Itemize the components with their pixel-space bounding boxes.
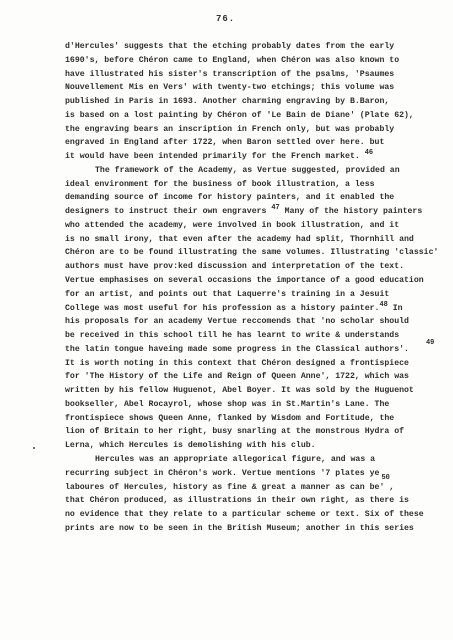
- text-line: lion of Britain to her right, busy snarl…: [65, 425, 445, 439]
- text-segment: Many of the history painters: [280, 207, 423, 216]
- text-line: no evidence that they relate to a partic…: [65, 508, 445, 522]
- text-segment: designers to instruct their own engraver…: [65, 207, 271, 216]
- text-segment: bookseller, Abel Rocayrol, whose shop wa…: [65, 400, 389, 409]
- text-segment: the engraving bears an inscription in Fr…: [65, 125, 394, 134]
- text-line: The framework of the Academy, as Vertue …: [65, 164, 445, 178]
- text-line: Chéron are to be found illustrating the …: [65, 246, 445, 260]
- text-line: for 'The History of the Life and Reign o…: [65, 370, 445, 384]
- text-line: Vertue emphasises on several occasions t…: [65, 274, 445, 288]
- text-segment: is no small irony, that even after the a…: [65, 235, 414, 244]
- text-segment: prints are now to be seen in the British…: [65, 524, 414, 533]
- text-line: Nouvellement Mis en Vers' with twenty-tw…: [65, 81, 445, 95]
- text-segment: recurring subject in Chéron's work. Vert…: [65, 469, 379, 478]
- text-line: frontispiece shows Queen Anne, flanked b…: [65, 412, 445, 426]
- footnote-ref: 47: [271, 204, 279, 212]
- text-line: prints are now to be seen in the British…: [65, 522, 445, 536]
- text-line: It is worth noting in this context that …: [65, 357, 445, 371]
- text-line: be received in this school till he has l…: [65, 329, 445, 343]
- text-segment: have illustrated his sister's transcript…: [65, 70, 394, 79]
- footnote-ref: 48: [379, 301, 387, 309]
- text-segment: frontispiece shows Queen Anne, flanked b…: [65, 414, 394, 423]
- text-line: for an artist, and points out that Laque…: [65, 288, 445, 302]
- page-number: 76.: [216, 14, 235, 24]
- text-segment: who attended the academy, were involved …: [65, 221, 399, 230]
- text-line: 1690's, before Chéron came to England, w…: [65, 54, 445, 68]
- text-line: demanding source of income for history p…: [65, 191, 445, 205]
- footnote-ref: 46: [365, 149, 373, 157]
- text-line: Lerna, which Hercules is demolishing wit…: [65, 439, 445, 453]
- text-line: bookseller, Abel Rocayrol, whose shop wa…: [65, 398, 445, 412]
- text-segment: for 'The History of the Life and Reign o…: [65, 372, 409, 381]
- text-segment: It is worth noting in this context that …: [65, 359, 409, 368]
- text-line: is based on a lost painting by Chéron of…: [65, 109, 445, 123]
- text-line: engraved in England after 1722, when Bar…: [65, 136, 445, 150]
- text-segment: Lerna, which Hercules is demolishing wit…: [65, 441, 316, 450]
- text-line: written by his fellow Huguenot, Abel Boy…: [65, 384, 445, 398]
- text-line: designers to instruct their own engraver…: [65, 205, 445, 219]
- text-segment: laboures of Hercules, history as fine & …: [65, 483, 394, 492]
- text-segment: the latin tongue haveing made some progr…: [65, 345, 409, 354]
- text-segment: In: [388, 304, 403, 313]
- text-segment: published in Paris in 1693. Another char…: [65, 97, 389, 106]
- text-line: is no small irony, that even after the a…: [65, 233, 445, 247]
- text-segment: Vertue emphasises on several occasions t…: [65, 276, 424, 285]
- text-line: College was most useful for his professi…: [65, 302, 445, 316]
- text-line: that Chéron produced, as illustrations i…: [65, 494, 445, 508]
- text-segment: authors must have prov:ked discussion an…: [65, 262, 404, 271]
- text-line: Hercules was an appropriate allegorical …: [65, 453, 445, 467]
- text-segment: it would have been intended primarily fo…: [65, 152, 365, 161]
- text-line: authors must have prov:ked discussion an…: [65, 260, 445, 274]
- text-line: recurring subject in Chéron's work. Vert…: [65, 467, 445, 481]
- footnote-ref: 50: [381, 474, 389, 482]
- text-segment: lion of Britain to her right, busy snarl…: [65, 427, 404, 436]
- text-segment: d'Hercules' suggests that the etching pr…: [65, 42, 394, 51]
- text-segment: College was most useful for his professi…: [65, 304, 379, 313]
- text-line: the latin tongue haveing made some progr…: [65, 343, 445, 357]
- text-segment: The framework of the Academy, as Vertue …: [95, 166, 400, 175]
- text-segment: 1690's, before Chéron came to England, w…: [65, 56, 399, 65]
- text-segment: Nouvellement Mis en Vers' with twenty-tw…: [65, 83, 394, 92]
- text-segment: his proposals for an academy Vertue recc…: [65, 317, 409, 326]
- ink-speck: [33, 447, 35, 449]
- text-segment: written by his fellow Huguenot, Abel Boy…: [65, 386, 414, 395]
- text-line: laboures of Hercules, history as fine & …: [65, 481, 445, 495]
- text-line: it would have been intended primarily fo…: [65, 150, 445, 164]
- text-segment: ideal environment for the business of bo…: [65, 180, 375, 189]
- text-segment: engraved in England after 1722, when Bar…: [65, 138, 384, 147]
- text-segment: Hercules was an appropriate allegorical …: [95, 455, 375, 464]
- text-line: who attended the academy, were involved …: [65, 219, 445, 233]
- text-segment: be received in this school till he has l…: [65, 331, 399, 340]
- text-segment: demanding source of income for history p…: [65, 193, 394, 202]
- text-line: have illustrated his sister's transcript…: [65, 68, 445, 82]
- text-line: the engraving bears an inscription in Fr…: [65, 123, 445, 137]
- footnote-ref: 49: [426, 339, 434, 347]
- text-line: ideal environment for the business of bo…: [65, 178, 445, 192]
- text-segment: that Chéron produced, as illustrations i…: [65, 496, 409, 505]
- text-line: his proposals for an academy Vertue recc…: [65, 315, 445, 329]
- text-segment: no evidence that they relate to a partic…: [65, 510, 424, 519]
- text-segment: Chéron are to be found illustrating the …: [65, 248, 438, 257]
- text-segment: is based on a lost painting by Chéron of…: [65, 111, 414, 120]
- text-line: published in Paris in 1693. Another char…: [65, 95, 445, 109]
- text-body: d'Hercules' suggests that the etching pr…: [65, 40, 445, 536]
- text-segment: for an artist, and points out that Laque…: [65, 290, 389, 299]
- text-line: d'Hercules' suggests that the etching pr…: [65, 40, 445, 54]
- document-page: 76. d'Hercules' suggests that the etchin…: [0, 0, 453, 640]
